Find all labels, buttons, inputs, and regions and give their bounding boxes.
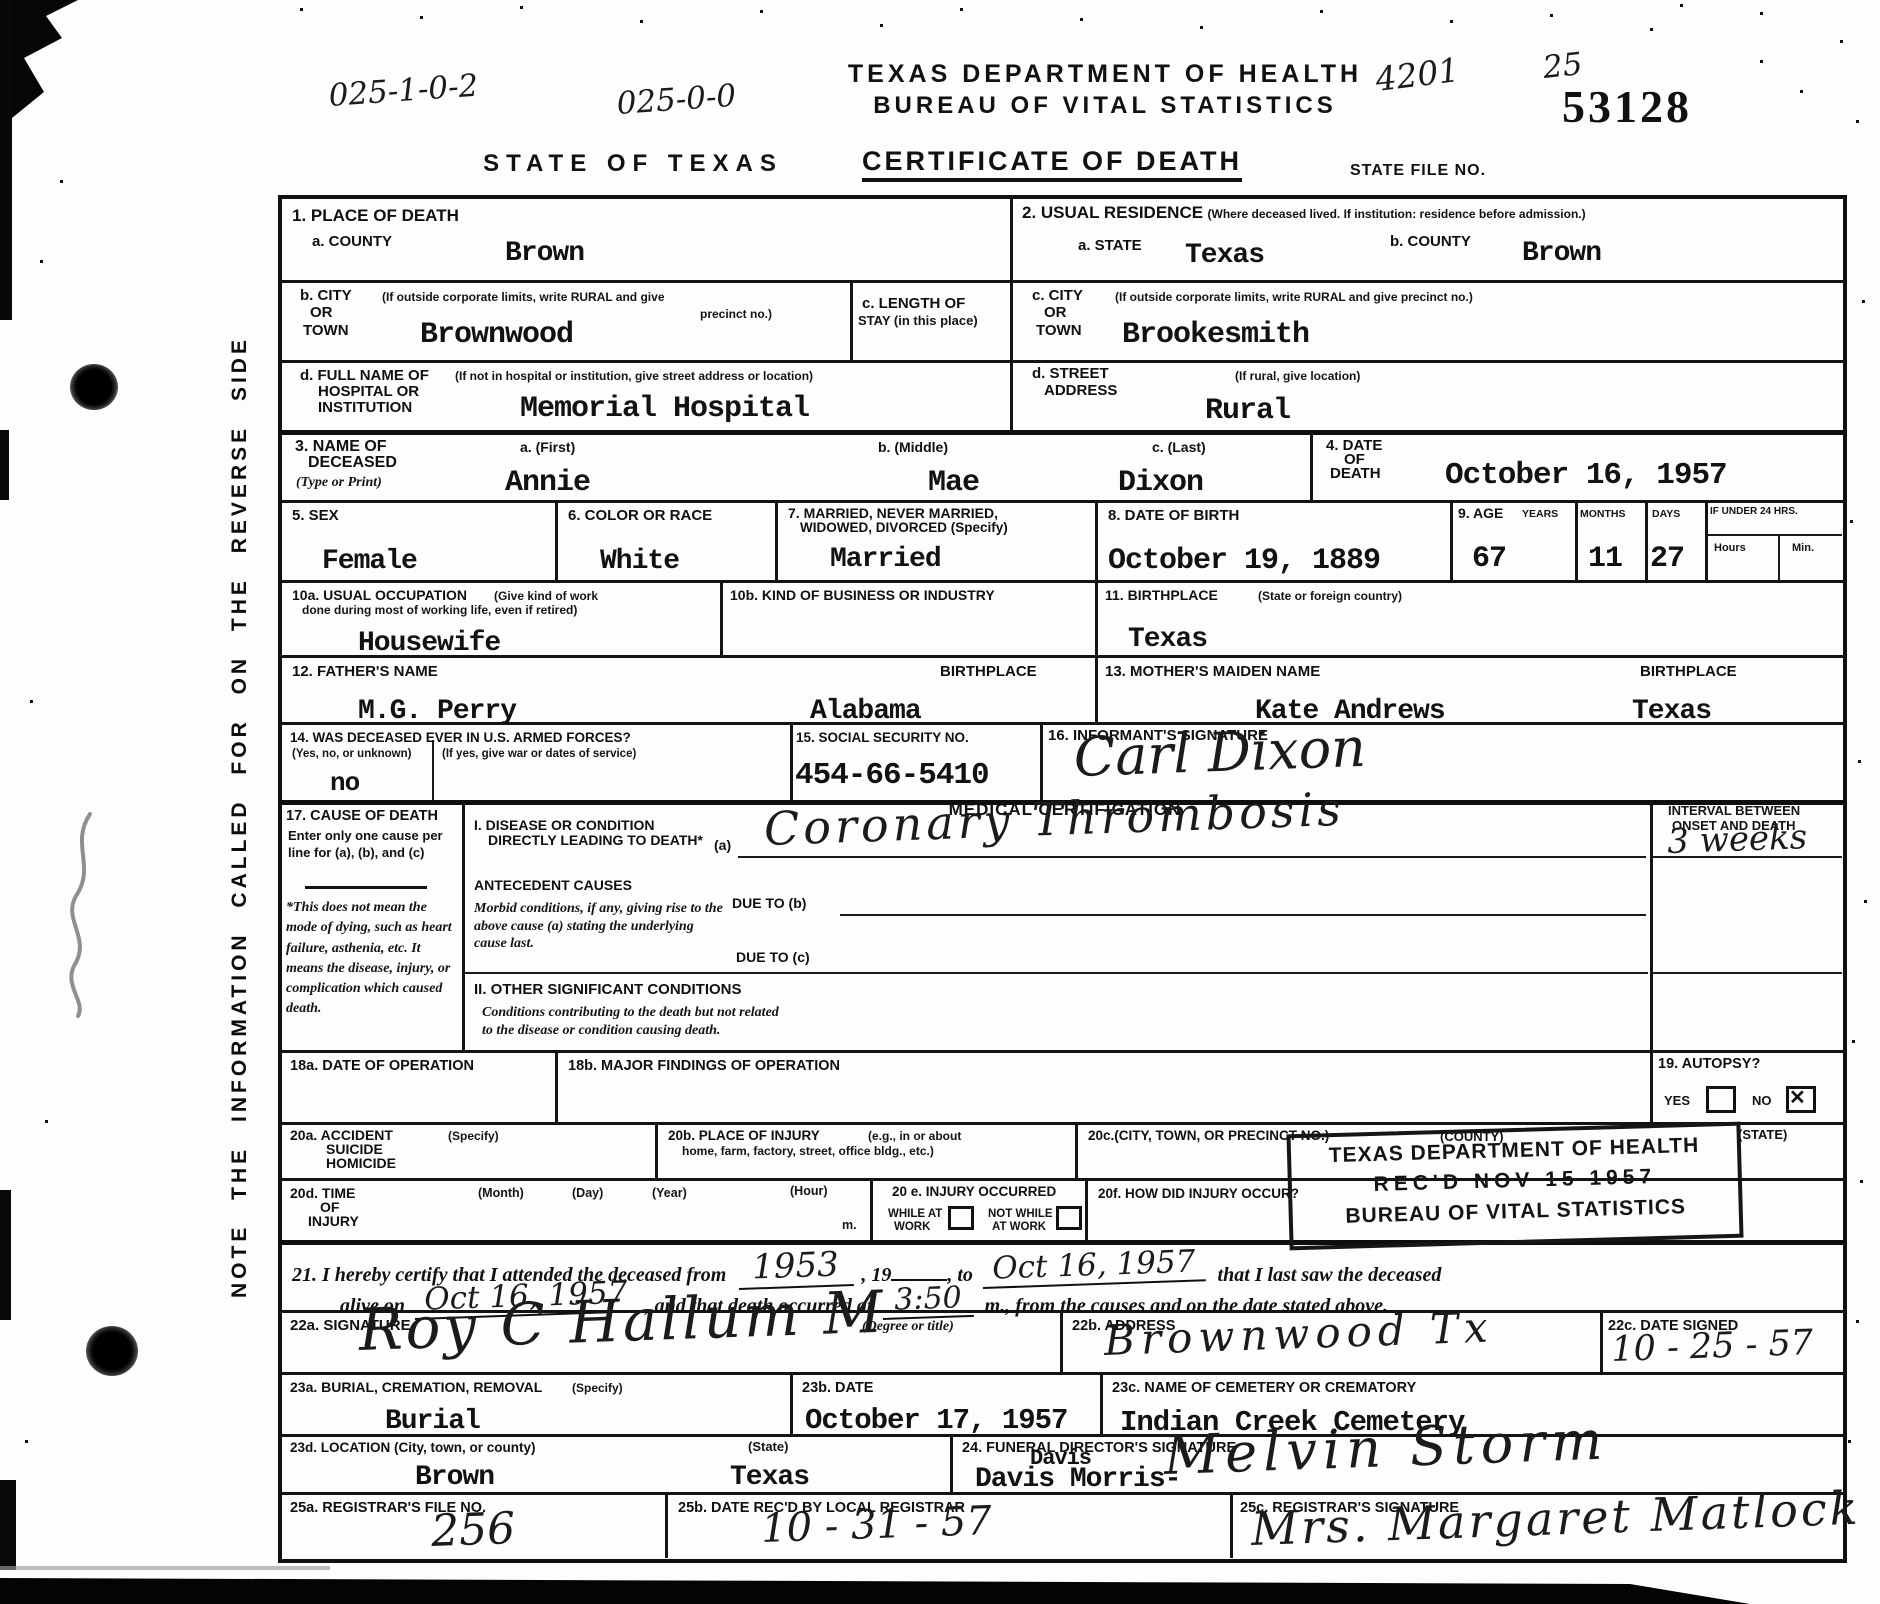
margin-note: NOTE THE INFORMATION CALLED FOR ON THE R… (228, 428, 252, 1298)
field-11-value: Texas (1128, 624, 1207, 655)
disease-label2: DIRECTLY LEADING TO DEATH* (488, 833, 703, 849)
field-19-label: 19. AUTOPSY? (1658, 1056, 1760, 1072)
pencil-squiggle-artifact (52, 810, 122, 1020)
field-1b-or: OR (310, 305, 333, 322)
field-9-days-label: DAYS (1652, 508, 1680, 520)
field-18a-label: 18a. DATE OF OPERATION (290, 1058, 474, 1074)
field-4-date-of-death-value: October 16, 1957 (1445, 458, 1727, 493)
autopsy-no-check-mark: ✕ (1789, 1085, 1806, 1110)
certify-hand-time: 3:50 (882, 1280, 975, 1320)
field-2c-or: OR (1044, 305, 1067, 322)
header-bureau: BUREAU OF VITAL STATISTICS (835, 92, 1375, 120)
field-15-value: 454-66-5410 (795, 758, 989, 793)
field-14-label: 14. WAS DECEASED EVER IN U.S. ARMED FORC… (290, 730, 631, 745)
field-9-under24-label: IF UNDER 24 HRS. (1710, 506, 1798, 518)
due-to-b-label: DUE TO (b) (732, 896, 806, 912)
handwritten-code: 025-1-0-2 (327, 68, 479, 114)
field-25b-value: 10 - 31 - 57 (760, 1498, 992, 1552)
field-3-middle-value: Mae (928, 466, 979, 500)
field-11-note: (State or foreign country) (1258, 590, 1402, 604)
field-20d-month-label: (Month) (478, 1186, 524, 1200)
field-10a-note1: (Give kind of work (494, 590, 598, 604)
field-23b-value: October 17, 1957 (805, 1404, 1067, 1437)
field-2a-state-label: a. STATE (1078, 238, 1142, 255)
field-23a-note: (Specify) (572, 1382, 623, 1396)
field-1d-hosp-note: (If not in hospital or institution, give… (455, 370, 813, 384)
field-23d-city-value: Brown (415, 1462, 494, 1493)
field-23c-label: 23c. NAME OF CEMETERY OR CREMATORY (1112, 1380, 1416, 1396)
field-10a-note2: done during most of working life, even i… (302, 604, 577, 618)
field-2d-street-label: d. STREET (1032, 366, 1109, 383)
field-1a-county-label: a. COUNTY (312, 234, 392, 251)
handwritten-code: 025-0-0 (615, 78, 737, 122)
field-15-label: 15. SOCIAL SECURITY NO. (796, 730, 969, 745)
field-2c-city-note: (If outside corporate limits, write RURA… (1115, 291, 1473, 305)
field-1b-town: TOWN (303, 323, 349, 340)
injury-while-at-work-checkbox[interactable] (948, 1206, 974, 1230)
field-20e-while1: WHILE AT (888, 1208, 942, 1221)
field-2-title-text: 2. USUAL RESIDENCE (1022, 203, 1203, 222)
field-20e-not1: NOT WHILE (988, 1208, 1053, 1221)
field-23b-label: 23b. DATE (802, 1380, 873, 1396)
received-stamp: TEXAS DEPARTMENT OF HEALTH REC'D NOV 15 … (1286, 1122, 1743, 1251)
field-20d-day-label: (Day) (572, 1186, 603, 1200)
field-6-label: 6. COLOR OR RACE (568, 508, 712, 525)
state-of-texas-title: STATE OF TEXAS (478, 150, 788, 178)
field-9-min-label: Min. (1792, 542, 1814, 555)
field-20b-note2: home, farm, factory, street, office bldg… (682, 1145, 934, 1159)
field-12-label: 12. FATHER'S NAME (292, 664, 438, 681)
state-file-no-label: STATE FILE NO. (1350, 162, 1486, 180)
field-8-label: 8. DATE OF BIRTH (1108, 508, 1239, 525)
field-9-years-value: 67 (1472, 542, 1506, 576)
field-1b-city-note: (If outside corporate limits, write RURA… (382, 291, 665, 305)
disease-a-label: (a) (714, 838, 731, 854)
field-3-first-label: a. (First) (520, 440, 575, 456)
field-17-note1: Enter only one cause per line for (a), (… (288, 828, 453, 862)
field-20e-not2: AT WORK (992, 1221, 1046, 1234)
other-significant-label: II. OTHER SIGNIFICANT CONDITIONS (474, 982, 742, 999)
autopsy-yes-checkbox[interactable] (1706, 1086, 1736, 1113)
field-10a-value: Housewife (358, 628, 500, 659)
handwritten-batch-number: 4201 (1373, 50, 1461, 99)
field-2c-town: TOWN (1036, 323, 1082, 340)
field-20c-state-label: (STATE) (1738, 1128, 1787, 1143)
certificate-title: CERTIFICATE OF DEATH (862, 146, 1242, 182)
field-12-birthplace-label: BIRTHPLACE (940, 664, 1037, 681)
field-7-label2: WIDOWED, DIVORCED (Specify) (800, 520, 1008, 535)
field-16-informant-signature: Carl Dixon (1073, 716, 1367, 789)
field-12-value: M.G. Perry (358, 696, 516, 727)
field-2b-county-value: Brown (1522, 238, 1601, 269)
certify-text: that I last saw the deceased (1213, 1264, 1442, 1286)
certify-hand-to: Oct 16, 1957 (982, 1243, 1206, 1289)
antecedent-label: ANTECEDENT CAUSES (474, 878, 632, 894)
field-14-note2: (If yes, give war or dates of service) (442, 748, 636, 761)
field-20d-m-label: m. (842, 1218, 857, 1232)
field-3-title3: (Type or Print) (296, 474, 382, 492)
injury-not-while-at-work-checkbox[interactable] (1056, 1206, 1082, 1230)
field-1d-hosp-label3: INSTITUTION (318, 400, 412, 417)
field-3-last-label: c. (Last) (1152, 440, 1206, 456)
bottom-scan-band (0, 1568, 1880, 1604)
field-13-label: 13. MOTHER'S MAIDEN NAME (1105, 664, 1320, 681)
field-7-value: Married (830, 544, 941, 575)
punch-hole (86, 1326, 138, 1376)
field-9-months-value: 11 (1588, 542, 1622, 576)
field-20f-label: 20f. HOW DID INJURY OCCUR? (1098, 1186, 1299, 1201)
field-5-value: Female (322, 546, 417, 577)
field-6-value: White (600, 546, 679, 577)
field-25a-value: 256 (430, 1503, 516, 1557)
field-1b-city-label: b. CITY (300, 288, 352, 305)
field-2d-street-label2: ADDRESS (1044, 383, 1117, 400)
due-to-c-label: DUE TO (c) (736, 950, 810, 966)
field-20b-note1: (e.g., in or about (868, 1130, 961, 1144)
field-20d-year-label: (Year) (652, 1186, 687, 1200)
field-8-value: October 19, 1889 (1108, 544, 1380, 578)
field-12-birthplace-value: Alabama (810, 696, 921, 727)
field-9-years-label: YEARS (1522, 508, 1558, 520)
field-1-title: 1. PLACE OF DEATH (292, 206, 459, 225)
field-1d-hosp-value: Memorial Hospital (520, 392, 809, 426)
field-9-months-label: MONTHS (1580, 508, 1626, 520)
certificate-number: 53128 (1562, 80, 1692, 133)
field-11-label: 11. BIRTHPLACE (1105, 588, 1218, 604)
field-2d-street-note: (If rural, give location) (1235, 370, 1360, 384)
field-17-note2: *This does not mean the mode of dying, s… (286, 898, 456, 1020)
field-20a-label3: HOMICIDE (326, 1156, 396, 1172)
left-edge-artifact (0, 0, 12, 320)
field-19-yes-label: YES (1664, 1094, 1690, 1109)
left-edge-artifact (0, 1190, 11, 1320)
field-2c-city-value: Brookesmith (1122, 318, 1309, 352)
field-1b-city-value: Brownwood (420, 318, 573, 352)
field-20e-label: 20 e. INJURY OCCURRED (892, 1184, 1056, 1199)
field-20d-hour-label: (Hour) (790, 1184, 828, 1198)
field-20a-note: (Specify) (448, 1130, 499, 1144)
field-23d-state-label: (State) (748, 1440, 788, 1455)
field-14-value: no (330, 768, 359, 798)
field-2-title: 2. USUAL RESIDENCE (Where deceased lived… (1022, 203, 1727, 223)
field-1b-city-note2: precinct no.) (700, 308, 772, 322)
field-1c-stay-label: c. LENGTH OF (862, 296, 965, 313)
death-certificate-scan: 025-1-0-2 025-0-0 TEXAS DEPARTMENT OF HE… (0, 0, 1880, 1604)
field-23d-state-value: Texas (730, 1462, 809, 1493)
left-edge-artifact (0, 1480, 16, 1570)
field-19-no-label: NO (1752, 1094, 1772, 1109)
field-3-last-value: Dixon (1118, 466, 1203, 500)
field-20e-while2: WORK (894, 1221, 930, 1234)
field-13-birthplace-value: Texas (1632, 696, 1711, 727)
field-1c-stay-label2: STAY (in this place) (858, 314, 978, 329)
morbid-note: Morbid conditions, if any, giving rise t… (474, 900, 726, 953)
punch-hole (70, 364, 118, 410)
field-18b-label: 18b. MAJOR FINDINGS OF OPERATION (568, 1058, 840, 1074)
field-23a-label: 23a. BURIAL, CREMATION, REMOVAL (290, 1380, 542, 1396)
left-edge-artifact (0, 430, 9, 500)
field-3-title2: DECEASED (308, 454, 397, 472)
field-23d-label: 23d. LOCATION (City, town, or county) (290, 1440, 536, 1455)
field-3-middle-label: b. (Middle) (878, 440, 948, 456)
field-1a-county-value: Brown (505, 238, 584, 269)
field-3-first-value: Annie (505, 466, 590, 500)
field-10b-label: 10b. KIND OF BUSINESS OR INDUSTRY (730, 588, 995, 604)
field-2b-county-label: b. COUNTY (1390, 234, 1471, 251)
field-17-title: 17. CAUSE OF DEATH (286, 808, 438, 824)
interval-label1: INTERVAL BETWEEN (1668, 804, 1800, 819)
other-significant-note: Conditions contributing to the death but… (482, 1004, 792, 1039)
field-9-age-label: 9. AGE (1458, 506, 1503, 522)
field-14-note1: (Yes, no, or unknown) (292, 748, 411, 761)
field-20b-label: 20b. PLACE OF INJURY (668, 1128, 820, 1143)
field-2-note: (Where deceased lived. If institution: r… (1208, 207, 1586, 221)
field-4-label3: DEATH (1330, 466, 1381, 483)
field-2a-state-value: Texas (1185, 240, 1264, 271)
field-5-label: 5. SEX (292, 508, 339, 525)
header-department: TEXAS DEPARTMENT OF HEALTH (835, 60, 1375, 89)
field-9-days-value: 27 (1650, 542, 1684, 576)
field-9-hours-label: Hours (1714, 542, 1746, 555)
field-2d-street-value: Rural (1205, 394, 1290, 428)
field-23a-value: Burial (385, 1406, 480, 1437)
field-24-typed-value: Davis Morris- (975, 1464, 1180, 1495)
field-10a-label: 10a. USUAL OCCUPATION (292, 588, 467, 604)
scan-smear (0, 1566, 330, 1570)
date-signed-value: 10 - 25 - 57 (1611, 1323, 1814, 1370)
field-13-birthplace-label: BIRTHPLACE (1640, 664, 1737, 681)
scan-noise (300, 8, 303, 11)
field-20d-label3: INJURY (308, 1214, 359, 1230)
field-2c-city-label: c. CITY (1032, 288, 1083, 305)
